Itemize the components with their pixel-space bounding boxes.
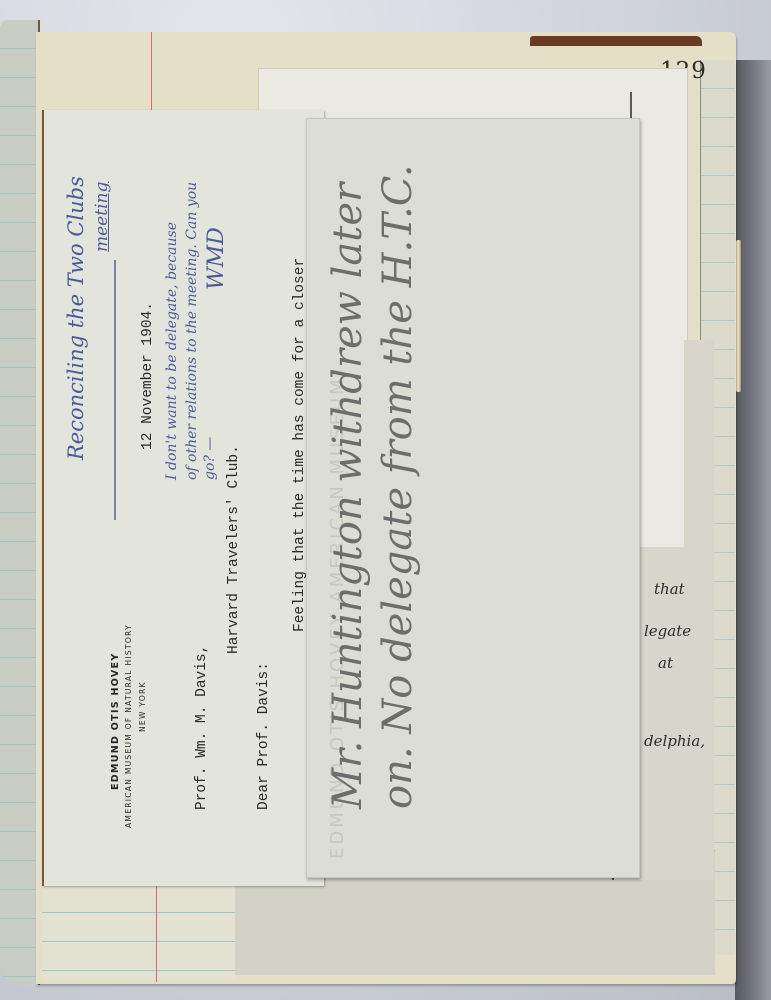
annotation-underline bbox=[114, 260, 116, 520]
handwriting-fragment: delphia, bbox=[644, 732, 705, 750]
letterhead-city: NEW YORK bbox=[138, 681, 147, 732]
recipient-name: Prof. Wm. M. Davis, bbox=[194, 645, 210, 810]
pencil-note-line-1: Mr. Huntington withdrew later bbox=[325, 183, 371, 809]
leather-binding-edge bbox=[530, 36, 702, 46]
red-margin-line-bottom bbox=[156, 884, 157, 982]
recipient-club: Harvard Travelers' Club. bbox=[226, 445, 242, 654]
book-shadow bbox=[735, 60, 771, 1000]
ruled-lines-bottom bbox=[42, 884, 236, 980]
red-margin-line bbox=[151, 32, 152, 110]
straight-pin bbox=[736, 240, 741, 392]
pencil-note: EDMUND OTIS HOVEY AMERICAN MUSEUM Mr. Hu… bbox=[306, 118, 640, 878]
annotation-note-3: go? — bbox=[202, 437, 218, 480]
hovey-letter: EDMUND OTIS HOVEY AMERICAN MUSEUM OF NAT… bbox=[42, 110, 324, 886]
annotation-heading: Reconciling the Two Clubs bbox=[64, 176, 88, 460]
facing-ruled-page bbox=[0, 20, 40, 985]
letter-date: 12 November 1904. bbox=[140, 302, 156, 450]
pencil-note-line-2: on. No delegate from the H.T.C. bbox=[375, 164, 421, 809]
annotation-signature: WMD bbox=[204, 227, 229, 290]
annotation-note-2: of other relations to the meeting. Can y… bbox=[184, 182, 200, 480]
salutation: Dear Prof. Davis: bbox=[256, 662, 272, 810]
letterhead-name: EDMUND OTIS HOVEY bbox=[110, 652, 121, 790]
annotation-heading-2: meeting bbox=[92, 182, 112, 252]
handwriting-fragment: that bbox=[654, 580, 685, 598]
letterhead-institution: AMERICAN MUSEUM OF NATURAL HISTORY bbox=[124, 624, 133, 828]
handwriting-fragment: legate bbox=[644, 622, 691, 640]
annotation-note-1: I don't want to be delegate, because bbox=[164, 222, 180, 480]
handwriting-fragment: at bbox=[658, 654, 673, 672]
